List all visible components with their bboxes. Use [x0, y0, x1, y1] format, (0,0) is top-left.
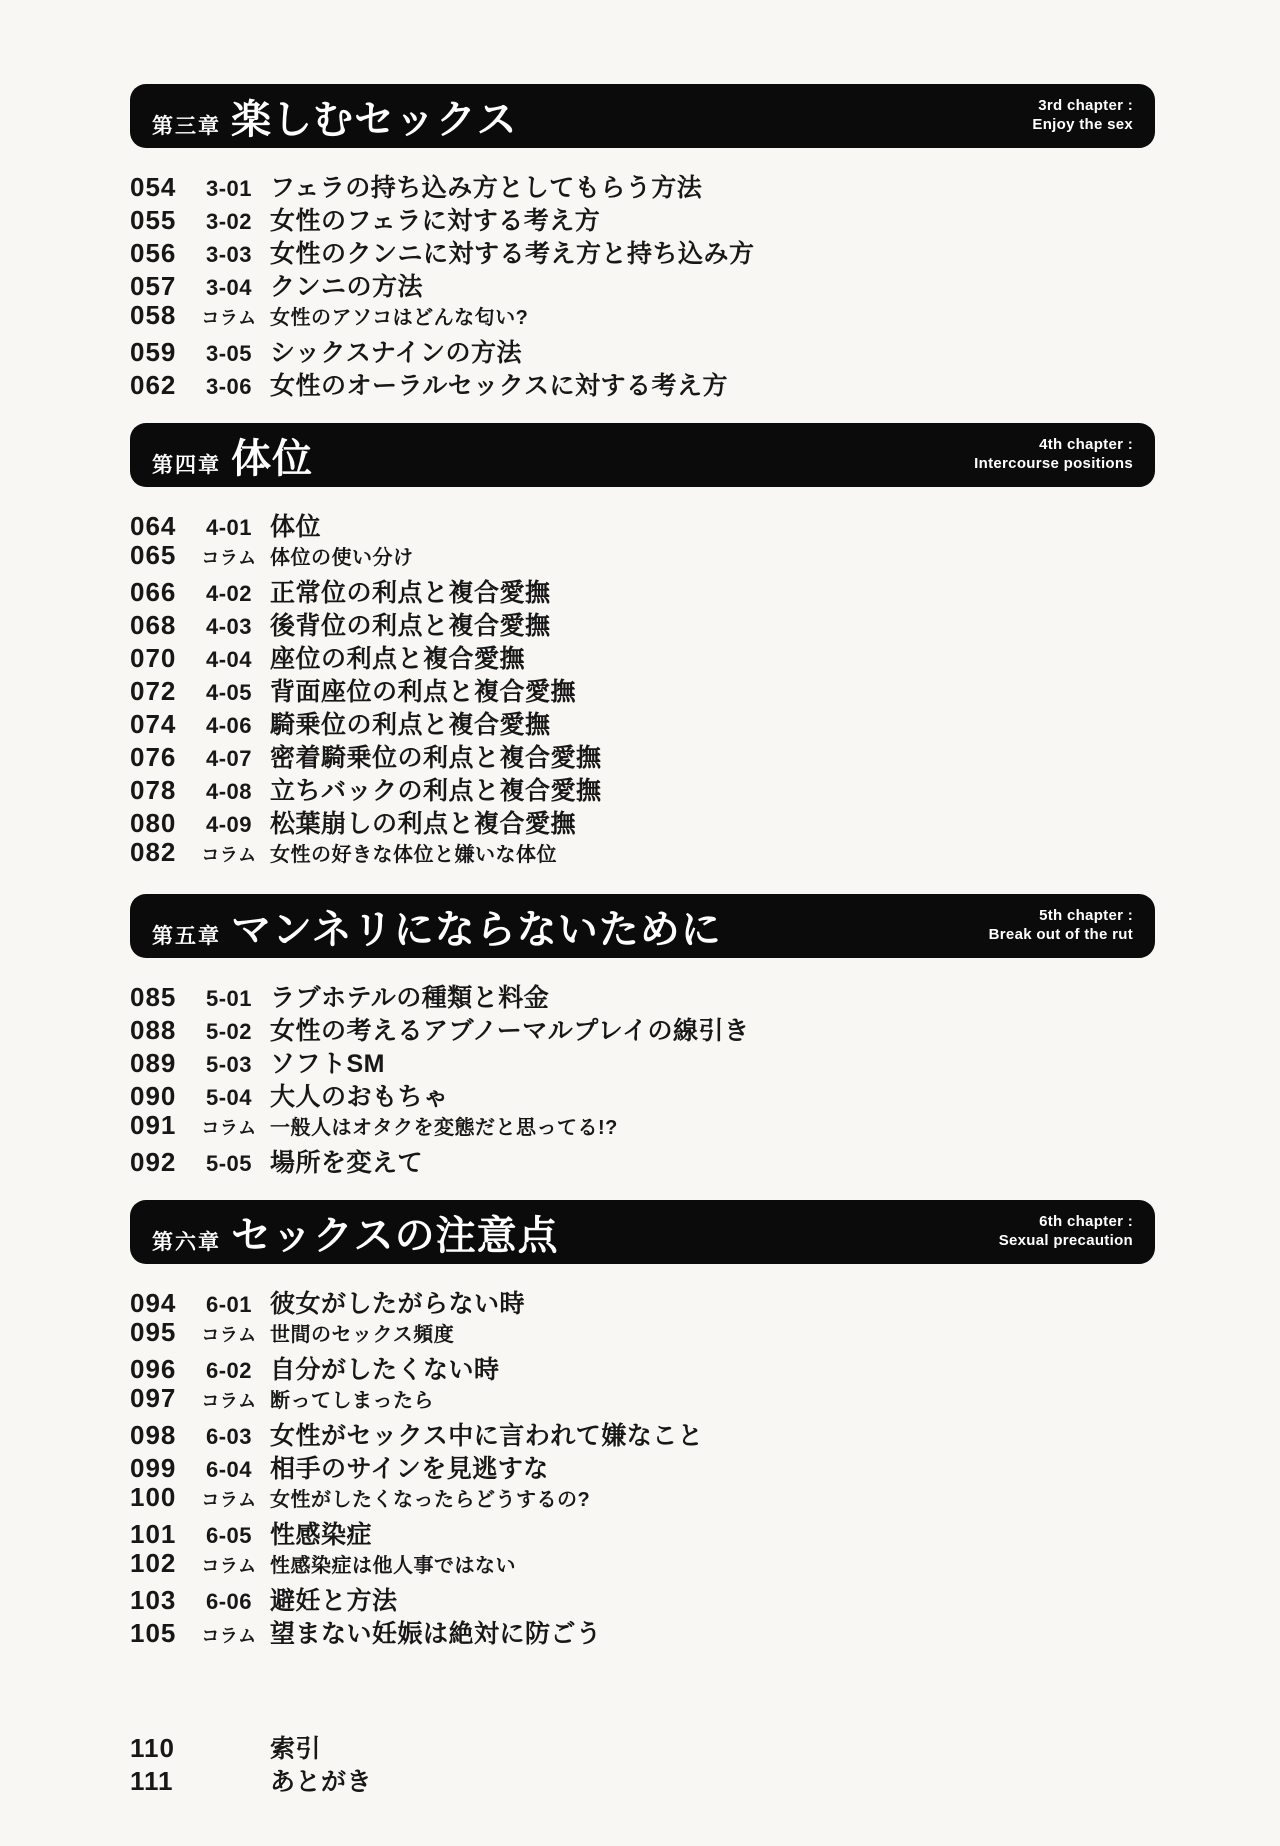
toc-entry-title: 体位 — [270, 507, 321, 543]
toc-entry-title: 性感染症は他人事ではない — [270, 1549, 516, 1578]
toc-entry-page-number: 062 — [130, 370, 190, 401]
toc-entry-title: 性感染症 — [270, 1515, 372, 1551]
toc-entry-page-number: 082 — [130, 837, 190, 868]
toc-entry-section-code: 4-03 — [190, 614, 268, 640]
toc-entry-title: 松葉崩しの利点と複合愛撫 — [270, 804, 576, 840]
toc-entry: 065 コラム 体位の使い分け — [130, 540, 1155, 573]
chapter-english-caption: 6th chapter : Sexual precaution — [999, 1213, 1133, 1251]
toc-entry-title: 後背位の利点と複合愛撫 — [270, 606, 551, 642]
toc-entry-page-number: 105 — [130, 1618, 190, 1649]
toc-entry-title: 自分がしたくない時 — [270, 1350, 500, 1386]
toc-list: 094 6-01 彼女がしたがらない時 095 コラム 世間のセックス頻度 09… — [130, 1264, 1155, 1671]
toc-entry-section-code: 5-02 — [190, 1019, 268, 1045]
chapter-english-caption: 4th chapter : Intercourse positions — [974, 436, 1133, 474]
toc-entry-title: 女性がセックス中に言われて嫌なこと — [270, 1416, 703, 1452]
toc-entry-section-code: 5-04 — [190, 1085, 268, 1111]
toc-entry-page-number: 057 — [130, 271, 190, 302]
toc-entry-page-number: 059 — [130, 337, 190, 368]
chapter-section: 第三章 楽しむセックス 3rd chapter : Enjoy the sex … — [130, 84, 1155, 423]
chapter-heading: 第四章 体位 — [152, 427, 313, 484]
toc-entry-page-number: 092 — [130, 1147, 190, 1178]
toc-entry: 058 コラム 女性のアソコはどんな匂い? — [130, 300, 1155, 333]
toc-entry-title: ソフトSM — [270, 1044, 385, 1080]
toc-entry: 056 3-03 女性のクンニに対する考え方と持ち込み方 — [130, 234, 1155, 267]
toc-entry-title: 望まない妊娠は絶対に防ごう — [270, 1614, 602, 1650]
toc-entry-section-code: 6-05 — [190, 1523, 268, 1549]
toc-entry-page-number: 097 — [130, 1383, 190, 1414]
chapter-number-label: 第六章 — [152, 1226, 221, 1256]
toc-entry-section-code: 4-04 — [190, 647, 268, 673]
toc-entry-page-number: 085 — [130, 982, 190, 1013]
toc-entry-title: クンニの方法 — [270, 267, 423, 303]
toc-entry-section-code: 6-01 — [190, 1292, 268, 1318]
toc-entry-section-code: 5-05 — [190, 1151, 268, 1177]
toc-entry-page-number: 066 — [130, 577, 190, 608]
toc-entry-section-code: 4-05 — [190, 680, 268, 706]
toc-entry: 057 3-04 クンニの方法 — [130, 267, 1155, 300]
toc-entry-page-number: 089 — [130, 1048, 190, 1079]
toc-entry-title: 女性のオーラルセックスに対する考え方 — [270, 366, 728, 402]
toc-entry: 076 4-07 密着騎乗位の利点と複合愛撫 — [130, 738, 1155, 771]
toc-entry-title: 女性のアソコはどんな匂い? — [270, 301, 528, 330]
toc-entry: 102 コラム 性感染症は他人事ではない — [130, 1548, 1155, 1581]
chapter-section: 第四章 体位 4th chapter : Intercourse positio… — [130, 423, 1155, 894]
toc-entry: 088 5-02 女性の考えるアブノーマルプレイの線引き — [130, 1011, 1155, 1044]
toc-entry-section-code: 4-06 — [190, 713, 268, 739]
end-matter-title: あとがき — [270, 1762, 372, 1798]
toc-entry-page-number: 065 — [130, 540, 190, 571]
toc-entry-title: 避妊と方法 — [270, 1581, 398, 1617]
toc-entry-page-number: 068 — [130, 610, 190, 641]
toc-entry-title: フェラの持ち込み方としてもらう方法 — [270, 168, 702, 204]
toc-entry-section-code: コラム — [190, 1552, 268, 1578]
toc-entry-section-code: 6-04 — [190, 1457, 268, 1483]
toc-entry-page-number: 056 — [130, 238, 190, 269]
end-matter-page-number: 110 — [130, 1733, 190, 1764]
chapter-english-caption: 3rd chapter : Enjoy the sex — [1032, 97, 1133, 135]
toc-entry: 074 4-06 騎乗位の利点と複合愛撫 — [130, 705, 1155, 738]
chapter-english-line2: Sexual precaution — [999, 1232, 1133, 1251]
toc-entry: 059 3-05 シックスナインの方法 — [130, 333, 1155, 366]
toc-entry-section-code: 4-02 — [190, 581, 268, 607]
chapter-number-label: 第三章 — [152, 110, 221, 140]
toc-list: 054 3-01 フェラの持ち込み方としてもらう方法 055 3-02 女性のフ… — [130, 148, 1155, 423]
chapter-header-bar: 第六章 セックスの注意点 6th chapter : Sexual precau… — [130, 1200, 1155, 1264]
toc-entry-title: 密着騎乗位の利点と複合愛撫 — [270, 738, 602, 774]
toc-entry-title: 騎乗位の利点と複合愛撫 — [270, 705, 551, 741]
chapter-english-line1: 3rd chapter : — [1032, 97, 1133, 116]
toc-entry: 078 4-08 立ちバックの利点と複合愛撫 — [130, 771, 1155, 804]
toc-entry-page-number: 101 — [130, 1519, 190, 1550]
toc-entry-section-code: コラム — [190, 304, 268, 330]
toc-entry-title: 彼女がしたがらない時 — [270, 1284, 525, 1320]
toc-entry: 091 コラム 一般人はオタクを変態だと思ってる!? — [130, 1110, 1155, 1143]
toc-entry-title: シックスナインの方法 — [270, 333, 522, 369]
toc-entry-section-code: 6-02 — [190, 1358, 268, 1384]
toc-entry-section-code: 4-07 — [190, 746, 268, 772]
toc-entry-page-number: 076 — [130, 742, 190, 773]
toc-entry-section-code: コラム — [190, 1622, 268, 1648]
toc-entry-title: 大人のおもちゃ — [270, 1077, 449, 1113]
end-matter-entry: 111 あとがき — [130, 1762, 1155, 1795]
chapter-english-line1: 6th chapter : — [999, 1213, 1133, 1232]
toc-entry-page-number: 064 — [130, 511, 190, 542]
toc-entry-section-code: 3-06 — [190, 374, 268, 400]
toc-entry: 098 6-03 女性がセックス中に言われて嫌なこと — [130, 1416, 1155, 1449]
chapter-section: 第五章 マンネリにならないために 5th chapter : Break out… — [130, 894, 1155, 1200]
toc-entry: 103 6-06 避妊と方法 — [130, 1581, 1155, 1614]
toc-entry: 055 3-02 女性のフェラに対する考え方 — [130, 201, 1155, 234]
toc-entry-title: 体位の使い分け — [270, 541, 414, 570]
toc-entry-title: 世間のセックス頻度 — [270, 1318, 454, 1347]
toc-entry-section-code: 6-03 — [190, 1424, 268, 1450]
toc-entry: 064 4-01 体位 — [130, 507, 1155, 540]
toc-entry-title: 場所を変えて — [270, 1143, 423, 1179]
toc-entry-title: 女性の好きな体位と嫌いな体位 — [270, 838, 557, 867]
toc-entry-section-code: 4-01 — [190, 515, 268, 541]
toc-entry-page-number: 070 — [130, 643, 190, 674]
toc-entry: 080 4-09 松葉崩しの利点と複合愛撫 — [130, 804, 1155, 837]
chapter-title: 体位 — [231, 427, 313, 484]
toc-entry: 097 コラム 断ってしまったら — [130, 1383, 1155, 1416]
toc-list: 064 4-01 体位 065 コラム 体位の使い分け 066 4-02 正常位… — [130, 487, 1155, 894]
toc-entry: 085 5-01 ラブホテルの種類と料金 — [130, 978, 1155, 1011]
end-matter-entry: 110 索引 — [130, 1729, 1155, 1762]
toc-entry-page-number: 098 — [130, 1420, 190, 1451]
chapter-number-label: 第五章 — [152, 920, 221, 950]
toc-entry-title: 女性がしたくなったらどうするの? — [270, 1483, 590, 1512]
toc-entry-section-code: 3-04 — [190, 275, 268, 301]
chapter-header-bar: 第四章 体位 4th chapter : Intercourse positio… — [130, 423, 1155, 487]
toc-entry-section-code: 3-03 — [190, 242, 268, 268]
toc-entry: 068 4-03 後背位の利点と複合愛撫 — [130, 606, 1155, 639]
toc-entry: 066 4-02 正常位の利点と複合愛撫 — [130, 573, 1155, 606]
toc-entry-title: 一般人はオタクを変態だと思ってる!? — [270, 1111, 618, 1140]
toc-entry-page-number: 054 — [130, 172, 190, 203]
toc-entry-section-code: 5-01 — [190, 986, 268, 1012]
chapter-section: 第六章 セックスの注意点 6th chapter : Sexual precau… — [130, 1200, 1155, 1671]
toc-entry-page-number: 072 — [130, 676, 190, 707]
chapter-english-line2: Break out of the rut — [989, 926, 1133, 945]
toc-entry-section-code: コラム — [190, 1114, 268, 1140]
toc-entry: 094 6-01 彼女がしたがらない時 — [130, 1284, 1155, 1317]
toc-entry-section-code: 3-01 — [190, 176, 268, 202]
toc-entry: 070 4-04 座位の利点と複合愛撫 — [130, 639, 1155, 672]
toc-entry-title: 背面座位の利点と複合愛撫 — [270, 672, 576, 708]
toc-list: 085 5-01 ラブホテルの種類と料金 088 5-02 女性の考えるアブノー… — [130, 958, 1155, 1200]
toc-entry: 101 6-05 性感染症 — [130, 1515, 1155, 1548]
chapter-header-bar: 第三章 楽しむセックス 3rd chapter : Enjoy the sex — [130, 84, 1155, 148]
toc-entry-page-number: 102 — [130, 1548, 190, 1579]
toc-entry-section-code: コラム — [190, 841, 268, 867]
toc-entry: 072 4-05 背面座位の利点と複合愛撫 — [130, 672, 1155, 705]
toc-entry-title: 女性のフェラに対する考え方 — [270, 201, 600, 237]
chapter-heading: 第三章 楽しむセックス — [152, 88, 518, 145]
toc-entry-page-number: 103 — [130, 1585, 190, 1616]
end-matter-list: 110 索引 111 あとがき — [130, 1729, 1155, 1795]
toc-entry-title: 断ってしまったら — [270, 1384, 434, 1413]
toc-entry-section-code: 4-08 — [190, 779, 268, 805]
toc-entry-page-number: 078 — [130, 775, 190, 806]
chapter-heading: 第六章 セックスの注意点 — [152, 1204, 559, 1261]
table-of-contents: 第三章 楽しむセックス 3rd chapter : Enjoy the sex … — [130, 84, 1155, 1671]
toc-entry: 089 5-03 ソフトSM — [130, 1044, 1155, 1077]
chapter-title: セックスの注意点 — [231, 1204, 559, 1261]
toc-entry-page-number: 100 — [130, 1482, 190, 1513]
chapter-english-line1: 5th chapter : — [989, 907, 1133, 926]
toc-entry: 100 コラム 女性がしたくなったらどうするの? — [130, 1482, 1155, 1515]
toc-entry: 062 3-06 女性のオーラルセックスに対する考え方 — [130, 366, 1155, 399]
toc-entry-page-number: 094 — [130, 1288, 190, 1319]
toc-entry-section-code: 4-09 — [190, 812, 268, 838]
toc-entry-page-number: 095 — [130, 1317, 190, 1348]
toc-entry-page-number: 096 — [130, 1354, 190, 1385]
toc-entry-page-number: 091 — [130, 1110, 190, 1141]
toc-entry-section-code: 3-05 — [190, 341, 268, 367]
toc-entry-section-code: コラム — [190, 1486, 268, 1512]
end-matter-title: 索引 — [270, 1729, 321, 1765]
toc-entry-section-code: 5-03 — [190, 1052, 268, 1078]
toc-entry: 105 コラム 望まない妊娠は絶対に防ごう — [130, 1614, 1155, 1647]
toc-entry-title: 女性の考えるアブノーマルプレイの線引き — [270, 1011, 750, 1047]
toc-entry-title: 立ちバックの利点と複合愛撫 — [270, 771, 602, 807]
toc-entry-section-code: コラム — [190, 1387, 268, 1413]
chapter-title: 楽しむセックス — [231, 88, 518, 145]
chapter-english-line2: Intercourse positions — [974, 455, 1133, 474]
toc-entry-section-code: 6-06 — [190, 1589, 268, 1615]
toc-entry: 099 6-04 相手のサインを見逃すな — [130, 1449, 1155, 1482]
toc-entry: 090 5-04 大人のおもちゃ — [130, 1077, 1155, 1110]
toc-entry-section-code: 3-02 — [190, 209, 268, 235]
toc-entry-section-code: コラム — [190, 544, 268, 570]
chapter-header-bar: 第五章 マンネリにならないために 5th chapter : Break out… — [130, 894, 1155, 958]
toc-entry-page-number: 099 — [130, 1453, 190, 1484]
toc-entry: 095 コラム 世間のセックス頻度 — [130, 1317, 1155, 1350]
chapter-english-caption: 5th chapter : Break out of the rut — [989, 907, 1133, 945]
chapter-title: マンネリにならないために — [231, 898, 722, 955]
end-matter-page-number: 111 — [130, 1766, 190, 1797]
toc-entry: 092 5-05 場所を変えて — [130, 1143, 1155, 1176]
toc-entry-page-number: 074 — [130, 709, 190, 740]
toc-entry-page-number: 090 — [130, 1081, 190, 1112]
toc-entry-title: ラブホテルの種類と料金 — [270, 978, 549, 1014]
chapter-english-line1: 4th chapter : — [974, 436, 1133, 455]
toc-entry: 054 3-01 フェラの持ち込み方としてもらう方法 — [130, 168, 1155, 201]
toc-entry: 096 6-02 自分がしたくない時 — [130, 1350, 1155, 1383]
toc-entry-page-number: 055 — [130, 205, 190, 236]
chapter-heading: 第五章 マンネリにならないために — [152, 898, 722, 955]
toc-entry-title: 相手のサインを見逃すな — [270, 1449, 549, 1485]
toc-entry-title: 女性のクンニに対する考え方と持ち込み方 — [270, 234, 755, 270]
toc-entry-page-number: 080 — [130, 808, 190, 839]
toc-entry-section-code: コラム — [190, 1321, 268, 1347]
toc-entry-title: 座位の利点と複合愛撫 — [270, 639, 525, 675]
toc-entry-page-number: 088 — [130, 1015, 190, 1046]
toc-entry: 082 コラム 女性の好きな体位と嫌いな体位 — [130, 837, 1155, 870]
toc-entry-title: 正常位の利点と複合愛撫 — [270, 573, 551, 609]
book-toc-page: 第三章 楽しむセックス 3rd chapter : Enjoy the sex … — [0, 0, 1280, 1846]
chapter-number-label: 第四章 — [152, 449, 221, 479]
chapter-english-line2: Enjoy the sex — [1032, 116, 1133, 135]
toc-entry-page-number: 058 — [130, 300, 190, 331]
